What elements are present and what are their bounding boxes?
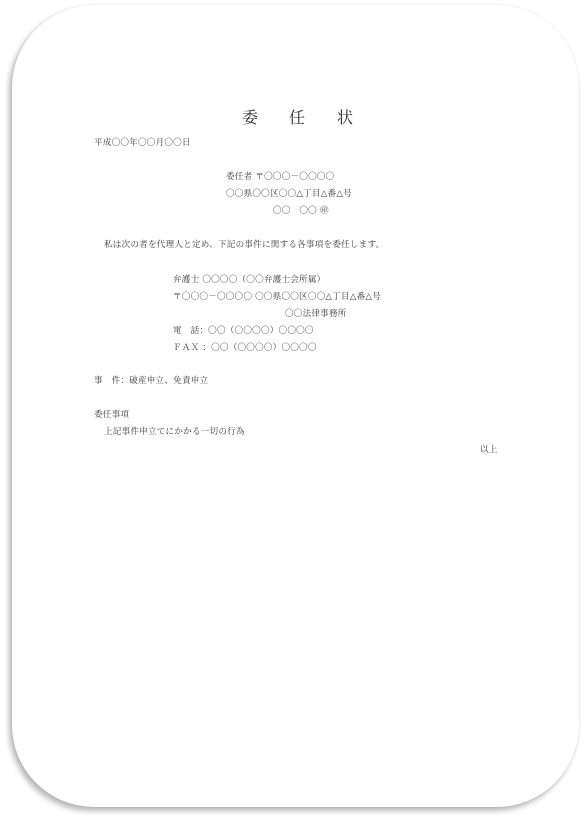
delegation-statement: 私は次の者を代理人と定め、下記の事件に関する各事項を委任します。 <box>104 240 384 251</box>
title-char-3: 状 <box>337 108 353 128</box>
principal-address: 〇〇県〇〇区〇〇△丁目△番△号 <box>226 189 352 200</box>
title-char-2: 任 <box>289 108 305 128</box>
attorney-address: 〒〇〇〇－〇〇〇〇 〇〇県〇〇区〇〇△丁目△番△号 <box>173 292 381 303</box>
attorney-fax: ＦＡＸ ：〇〇（〇〇〇〇）〇〇〇〇 <box>173 343 317 354</box>
attorney-phone: 電 話：〇〇（〇〇〇〇）〇〇〇〇 <box>173 326 314 337</box>
delegated-matters-item: 上記事件申立てにかかる一切の行為 <box>104 427 245 438</box>
case-line: 事 件：破産申立、免責申立 <box>94 376 208 387</box>
delegated-matters-heading: 委任事項 <box>94 410 129 421</box>
title-char-1: 委 <box>242 108 258 128</box>
attorney-office: 〇〇法律事務所 <box>285 309 347 320</box>
document-date: 平成〇〇年〇〇月〇〇日 <box>94 138 191 149</box>
principal-postal: 委任者 〒〇〇〇－〇〇〇〇 <box>226 172 334 183</box>
attorney-name: 弁護士 〇〇〇〇（〇〇弁護士会所属） <box>173 275 325 286</box>
principal-name-seal: 〇〇 〇〇 ㊞ <box>273 206 329 217</box>
closing-mark: 以上 <box>480 445 498 456</box>
